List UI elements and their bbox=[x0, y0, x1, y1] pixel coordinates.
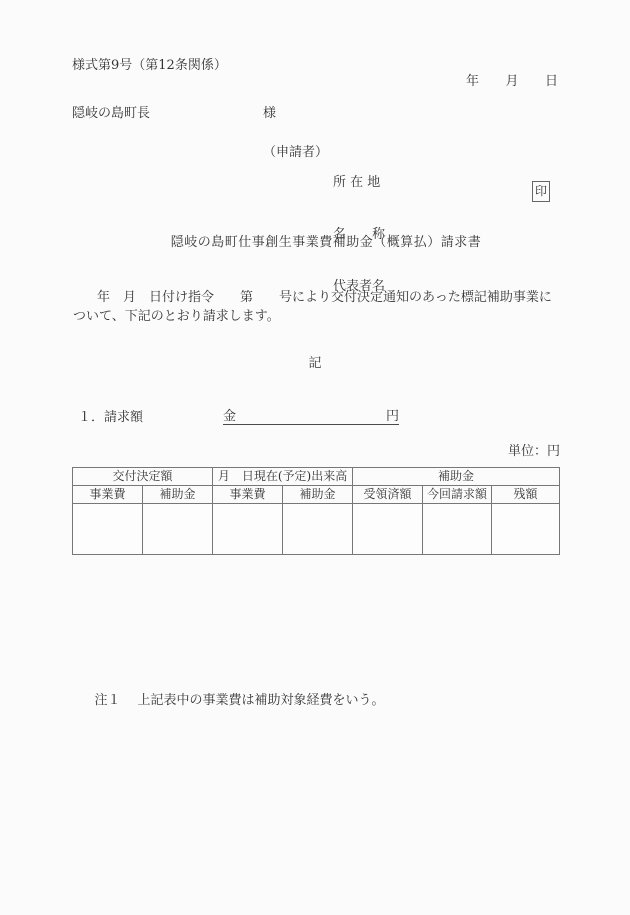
date-year-label: 年 bbox=[466, 75, 479, 90]
addressee-honorific: 様 bbox=[263, 107, 276, 122]
body-text-line1: 年 月 日付け指令 第 号により交付決定通知のあった標記補助事業に bbox=[72, 291, 572, 306]
form-number: 様式第9号（第12条関係） bbox=[72, 59, 227, 74]
currency-suffix: 円 bbox=[386, 410, 399, 424]
col-header-project-cost-1: 事業費 bbox=[73, 486, 143, 504]
group-header-progress: 月 日現在(予定)出来高 bbox=[213, 468, 353, 486]
section-marker: 記 bbox=[0, 357, 630, 372]
document-title: 隠岐の島町仕事創生事業費補助金（概算払）請求書 bbox=[0, 236, 630, 251]
document-page: 様式第9号（第12条関係） 年 月 日 隠岐の島町長 様 （申請者） 所 在 地… bbox=[0, 0, 630, 915]
cell-project-cost-2 bbox=[213, 504, 283, 555]
date-line: 年 月 日 bbox=[466, 75, 558, 90]
cell-this-request bbox=[423, 504, 492, 555]
seal-label: 印 bbox=[535, 185, 547, 199]
unit-label: 単位：円 bbox=[460, 445, 560, 460]
col-header-subsidy-2: 補助金 bbox=[283, 486, 353, 504]
group-header-subsidy: 補助金 bbox=[353, 468, 560, 486]
date-day-label: 日 bbox=[545, 75, 558, 90]
footnote: 注１上記表中の事業費は補助対象経費をいう。 bbox=[78, 679, 385, 724]
currency-prefix: 金 bbox=[223, 410, 236, 424]
col-header-project-cost-2: 事業費 bbox=[213, 486, 283, 504]
table-row bbox=[73, 504, 560, 555]
group-header-grant-decided: 交付決定額 bbox=[73, 468, 213, 486]
seal-box: 印 bbox=[532, 181, 550, 202]
applicant-address-label: 所 在 地 bbox=[333, 176, 385, 198]
table-subheader-row: 事業費 補助金 事業費 補助金 受領済額 今回請求額 残額 bbox=[73, 486, 560, 504]
cell-received bbox=[353, 504, 423, 555]
col-header-balance: 残額 bbox=[492, 486, 560, 504]
col-header-subsidy-1: 補助金 bbox=[143, 486, 213, 504]
cell-balance bbox=[492, 504, 560, 555]
footnote-text: 上記表中の事業費は補助対象経費をいう。 bbox=[138, 693, 385, 708]
subsidy-progress-table: 交付決定額 月 日現在(予定)出来高 補助金 事業費 補助金 事業費 補助金 受… bbox=[72, 467, 560, 555]
cell-project-cost-1 bbox=[73, 504, 143, 555]
claim-amount-blank-line: 金 円 bbox=[223, 410, 399, 425]
body-text-line2: ついて、下記のとおり請求します。 bbox=[73, 310, 280, 325]
applicant-label: （申請者） bbox=[263, 146, 328, 161]
cell-subsidy-1 bbox=[143, 504, 213, 555]
table-group-header-row: 交付決定額 月 日現在(予定)出来高 補助金 bbox=[73, 468, 560, 486]
date-month-label: 月 bbox=[505, 75, 518, 90]
footnote-label: 注１ bbox=[95, 693, 121, 708]
cell-subsidy-2 bbox=[283, 504, 353, 555]
claim-amount-label: １．請求額 bbox=[78, 411, 143, 426]
col-header-this-request: 今回請求額 bbox=[423, 486, 492, 504]
col-header-received: 受領済額 bbox=[353, 486, 423, 504]
addressee-name: 隠岐の島町長 bbox=[72, 107, 150, 122]
